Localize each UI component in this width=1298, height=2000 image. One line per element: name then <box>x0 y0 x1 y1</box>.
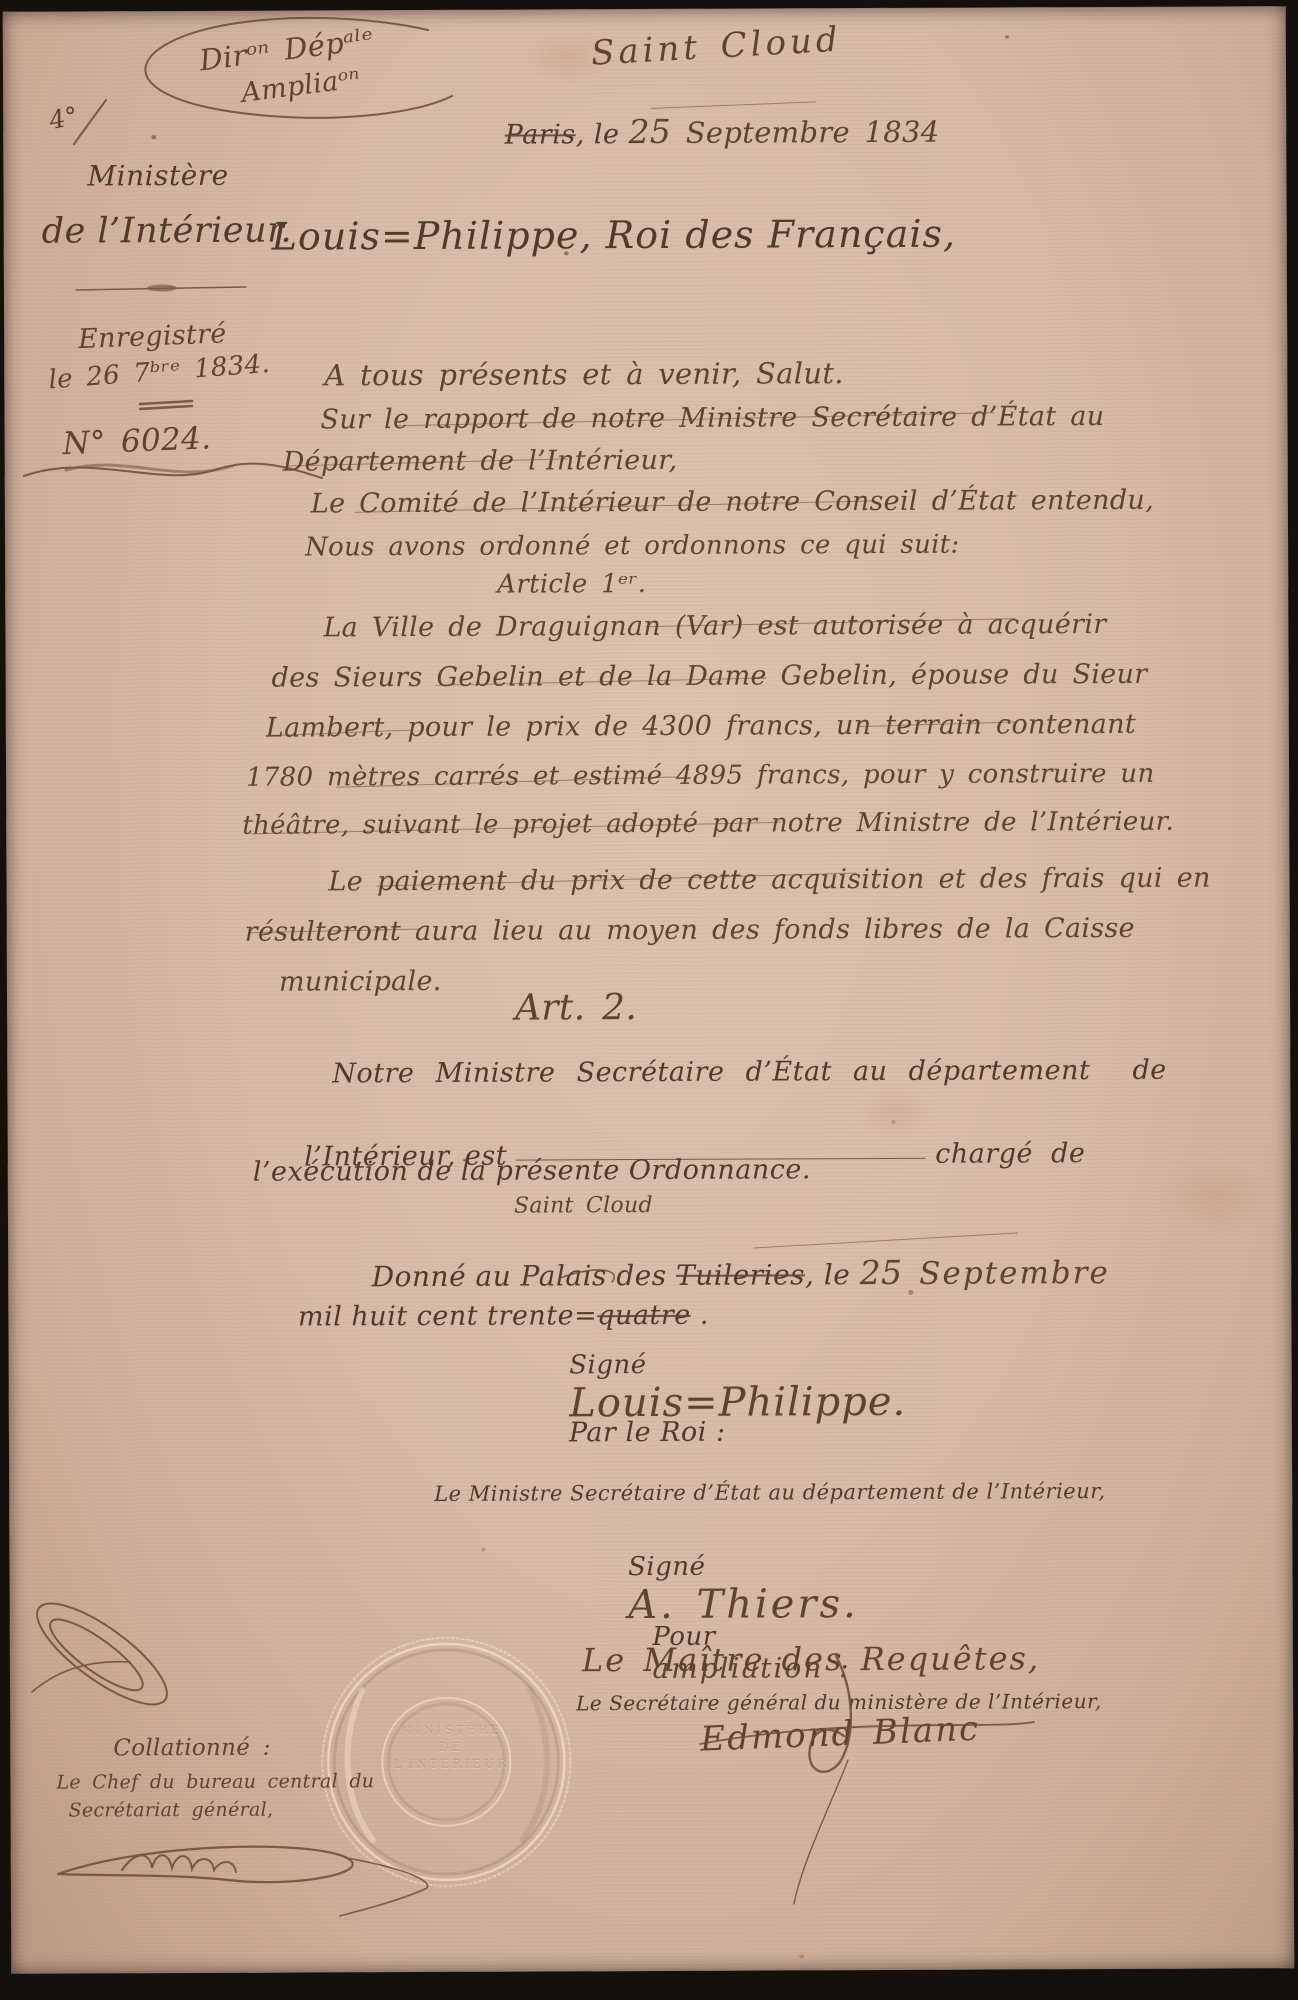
seal-text-line2: DE <box>332 1738 570 1756</box>
closing-place-correction: Saint Cloud <box>514 1193 653 1219</box>
article2-line1: Notre Ministre Secrétaire d’État au dépa… <box>332 1055 1167 1090</box>
seal-text-line1: MINISTÈRE <box>332 1721 570 1739</box>
letterhead-ministry-line1: Ministère <box>87 159 228 193</box>
ink-speck <box>1005 35 1009 38</box>
article1-line: La Ville de Draguignan (Var) est autoris… <box>323 609 1106 643</box>
dateline-year: 1834 <box>864 115 939 149</box>
collation-line1: Le Chef du bureau central du <box>56 1770 374 1793</box>
article1-line: des Sieurs Gebelin et de la Dame Gebelin… <box>272 659 1148 694</box>
seal-text: MINISTÈRE DE L’INTÉRIEUR <box>332 1721 570 1773</box>
signe-label: Signé <box>628 1552 714 1582</box>
closing-line1-mid: , le <box>805 1258 860 1291</box>
closing-line2-pre: mil huit cent trente= <box>298 1300 597 1332</box>
article1-paragraph2-line: résulteront aura lieu au moyen des fonds… <box>245 913 1135 948</box>
article2-heading: Art. 2. <box>515 987 637 1029</box>
article1-line: Lambert, pour le prix de 4300 francs, un… <box>266 709 1136 744</box>
document-photo: MINISTÈRE DE L’INTÉRIEUR 4° Dirᵒⁿ Dépᵃˡᵉ… <box>0 0 1298 2000</box>
dateline-day: 25 <box>628 112 671 151</box>
letterhead-ministry-line2: de l’Intérieur. <box>42 211 293 252</box>
signe-label: Signé <box>569 1350 655 1380</box>
article2-line2: l’Intérieur, est chargé de <box>253 1103 1086 1204</box>
dateline-mid: , le <box>576 119 629 150</box>
struck-quatre: quatre <box>597 1300 691 1331</box>
struck-place: Paris <box>505 119 576 150</box>
preamble-line: Le Comité de l’Intérieur de notre Consei… <box>311 485 1154 520</box>
ink-speck <box>151 135 156 139</box>
registration-line1: Enregistré <box>78 318 228 355</box>
article1-paragraph2-line: Le paiement du prix de cette acquisition… <box>328 863 1210 898</box>
registration-number: N° 6024. <box>62 420 212 462</box>
article2-line3: l’exécution de la présente Ordonnance. <box>253 1154 811 1187</box>
dateline: Paris, le 25 Septembre 1834 <box>453 80 940 183</box>
closing-day: 25 <box>860 1253 903 1292</box>
maitre-des-requetes-line: Le Maître des Requêtes, <box>582 1639 1040 1679</box>
ink-speck <box>799 1954 804 1958</box>
article1-line: théâtre, suivant le projet adopté par no… <box>242 807 1174 841</box>
preamble-line: Sur le rapport de notre Ministre Secréta… <box>320 401 1104 435</box>
collation-title: Collationné : <box>113 1735 271 1762</box>
dateline-month: Septembre <box>671 115 864 150</box>
article1-line: 1780 mètres carrés et estimé 4895 francs… <box>246 759 1155 793</box>
article2-line2-post: chargé de <box>926 1138 1085 1170</box>
closing-month: Septembre <box>902 1255 1110 1292</box>
ink-speck <box>481 1548 485 1552</box>
minister-title-line: Le Ministre Secrétaire d’État au départe… <box>434 1479 1106 1506</box>
paper-sheet: MINISTÈRE DE L’INTÉRIEUR 4° Dirᵒⁿ Dépᵃˡᵉ… <box>3 6 1295 1974</box>
preamble-line: Département de l’Intérieur, <box>283 445 678 478</box>
closing-line2-end: . <box>691 1300 709 1331</box>
secretary-general-title-line: Le Secrétaire général du ministère de l’… <box>576 1689 1102 1715</box>
preamble-line: Nous avons ordonné et ordonnons ce qui s… <box>305 530 960 563</box>
article1-paragraph2-line: municipale. <box>279 966 442 998</box>
royal-title: Louis=Philippe, Roi des Français, <box>272 212 957 259</box>
collation-line2: Secrétariat général, <box>69 1799 274 1822</box>
salutation: A tous présents et à venir, Salut. <box>324 356 844 392</box>
article1-heading: Article 1ᵉʳ. <box>497 569 646 600</box>
par-le-roi: Par le Roi : <box>569 1417 726 1449</box>
corner-number: 4° <box>46 101 81 135</box>
